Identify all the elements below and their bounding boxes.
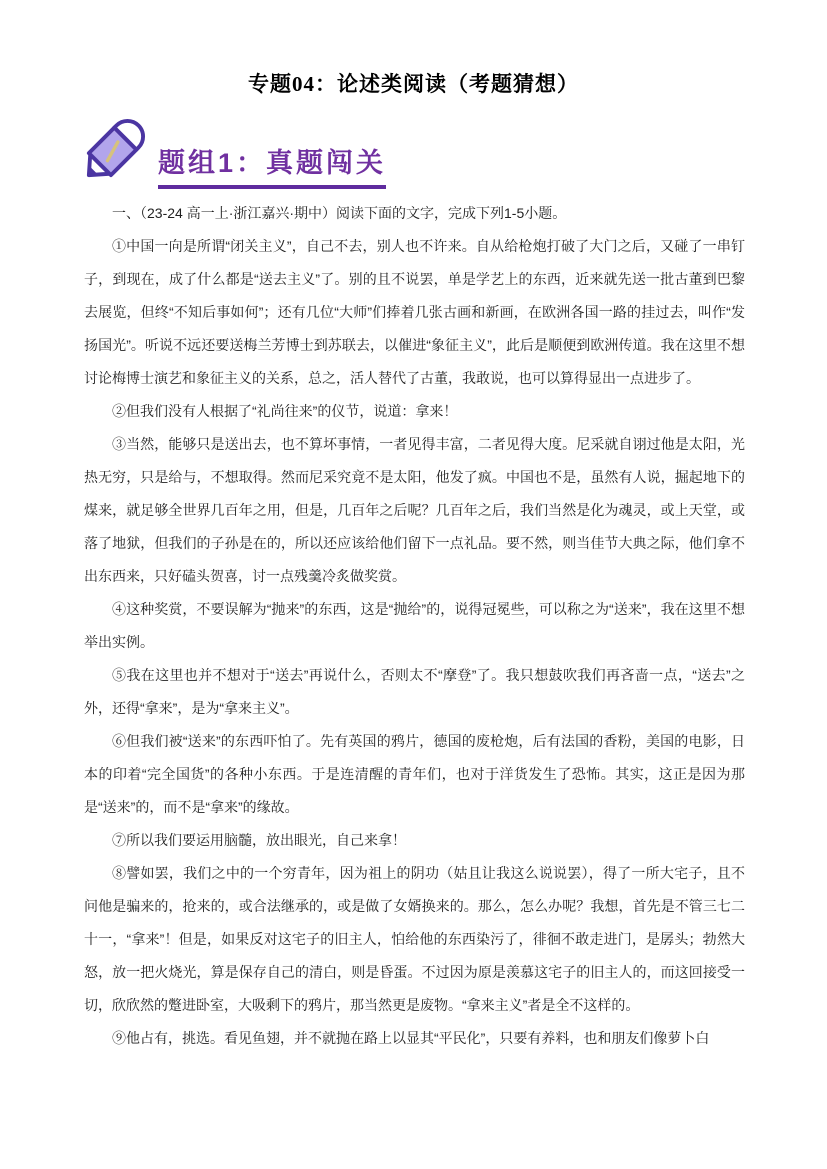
section-banner-label: 题组1：真题闯关 <box>158 148 386 189</box>
essay-paragraph-9: ⑨他占有，挑选。看见鱼翅，并不就抛在路上以显其“平民化”，只要有养料，也和朋友们… <box>84 1022 745 1055</box>
essay-paragraph-3: ③当然，能够只是送出去，也不算坏事情，一者见得丰富，二者见得大度。尼采就自诩过他… <box>84 428 745 593</box>
essay-paragraph-4: ④这种奖赏，不要误解为“抛来”的东西，这是“抛给”的，说得冠冕些，可以称之为“送… <box>84 593 745 659</box>
essay-content: 一、（23-24 高一上·浙江嘉兴·期中）阅读下面的文字，完成下列1-5小题。 … <box>84 197 745 1055</box>
essay-paragraph-1: ①中国一向是所谓“闭关主义”，自己不去，别人也不许来。自从给枪炮打破了大门之后，… <box>84 230 745 395</box>
essay-paragraph-2: ②但我们没有人根据了“礼尚往来”的仪节，说道：拿来！ <box>84 395 745 428</box>
essay-paragraph-7: ⑦所以我们要运用脑髓，放出眼光，自己来拿！ <box>84 824 745 857</box>
essay-paragraph-8: ⑧譬如罢，我们之中的一个穷青年，因为祖上的阴功（姑且让我这么说说罢），得了一所大… <box>84 857 745 1022</box>
section-banner: 题组1：真题闯关 <box>74 112 386 190</box>
essay-paragraph-5: ⑤我在这里也并不想对于“送去”再说什么，否则太不“摩登”了。我只想鼓吹我们再吝啬… <box>84 659 745 725</box>
page-title: 专题04：论述类阅读（考题猜想） <box>0 68 827 98</box>
essay-paragraph-6: ⑥但我们被“送来”的东西吓怕了。先有英国的鸦片，德国的废枪炮，后有法国的香粉，美… <box>84 725 745 824</box>
worksheet-page: 专题04：论述类阅读（考题猜想） 题组1：真题闯关 一、（23-24 高一上·浙… <box>0 0 827 1169</box>
pencil-icon <box>74 112 152 190</box>
exercise-source-line: 一、（23-24 高一上·浙江嘉兴·期中）阅读下面的文字，完成下列1-5小题。 <box>84 197 745 230</box>
